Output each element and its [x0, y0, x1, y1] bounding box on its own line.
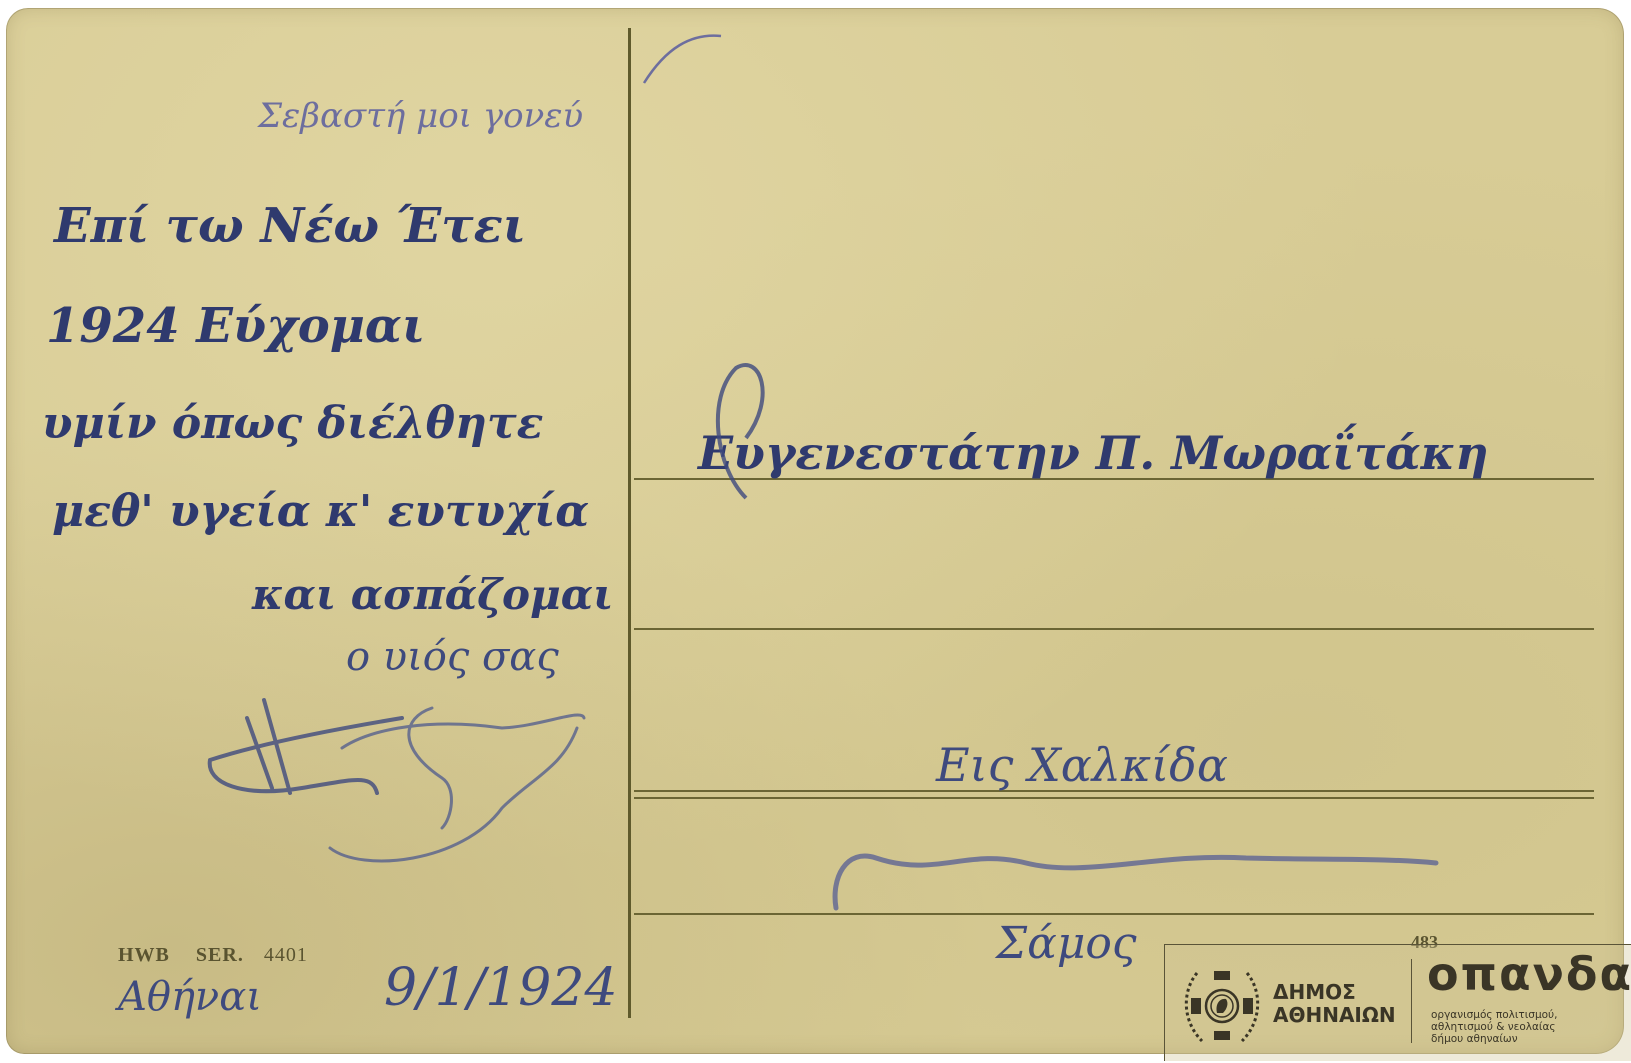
postcard-reverse: Σεβαστή μοι γονεύ Επί τω Νέω Έτει 1924 Ε…	[6, 8, 1624, 1054]
address-line-2	[634, 628, 1594, 630]
message-line-3: υμίν όπως διέλθητε	[42, 398, 543, 449]
opanda-logo: οπανδα	[1427, 947, 1631, 1001]
message-line-4: μεθ' υγεία κ' ευτυχία	[52, 486, 589, 537]
address-recipient: Ευγενεστάτην Π. Μωραΐτάκη	[698, 426, 1489, 480]
dimos-athinaion-label: ΔΗΜΟΣ ΑΘΗΝΑΙΩΝ	[1273, 981, 1396, 1027]
message-salutation: Σεβαστή μοι γονεύ	[258, 96, 583, 136]
archive-watermark: ΔΗΜΟΣ ΑΘΗΝΑΙΩΝ οπανδα οργανισμός πολιτισ…	[1164, 944, 1631, 1061]
publisher-mark: HWB SER. 4401	[118, 944, 308, 967]
message-line-1: Επί τω Νέω Έτει	[54, 198, 526, 254]
watermark-separator	[1411, 959, 1412, 1043]
dimos-label: ΔΗΜΟΣ	[1273, 981, 1396, 1004]
opanda-subtitle-line-1: οργανισμός πολιτισμού,	[1431, 1009, 1557, 1021]
signature-scribble-icon	[202, 688, 622, 878]
address-region: Σάμος	[996, 918, 1137, 969]
series-label: SER.	[196, 944, 244, 966]
series-number: 4401	[264, 944, 308, 966]
opanda-subtitle: οργανισμός πολιτισμού, αθλητισμού & νεολ…	[1431, 1009, 1557, 1045]
date-text: 9/1/1924	[384, 958, 618, 1018]
message-line-5: και ασπάζομαι	[252, 570, 613, 619]
address-capital-flourish-icon	[706, 358, 786, 518]
address-city: Εις Χαλκίδα	[936, 738, 1228, 792]
publisher-logo: HWB	[118, 944, 170, 966]
place-text: Αθήναι	[118, 974, 262, 1020]
address-flourish-top-icon	[636, 28, 726, 88]
center-divider	[628, 28, 631, 1018]
message-line-2: 1924 Εύχομαι	[46, 298, 425, 354]
opanda-subtitle-line-3: δήμου αθηναίων	[1431, 1033, 1557, 1045]
opanda-subtitle-line-2: αθλητισμού & νεολαίας	[1431, 1021, 1557, 1033]
address-underline-flourish-icon	[826, 838, 1446, 918]
athens-emblem-icon	[1177, 961, 1267, 1051]
athinaion-label: ΑΘΗΝΑΙΩΝ	[1273, 1004, 1396, 1027]
message-line-6: ο υιός σας	[346, 634, 559, 680]
